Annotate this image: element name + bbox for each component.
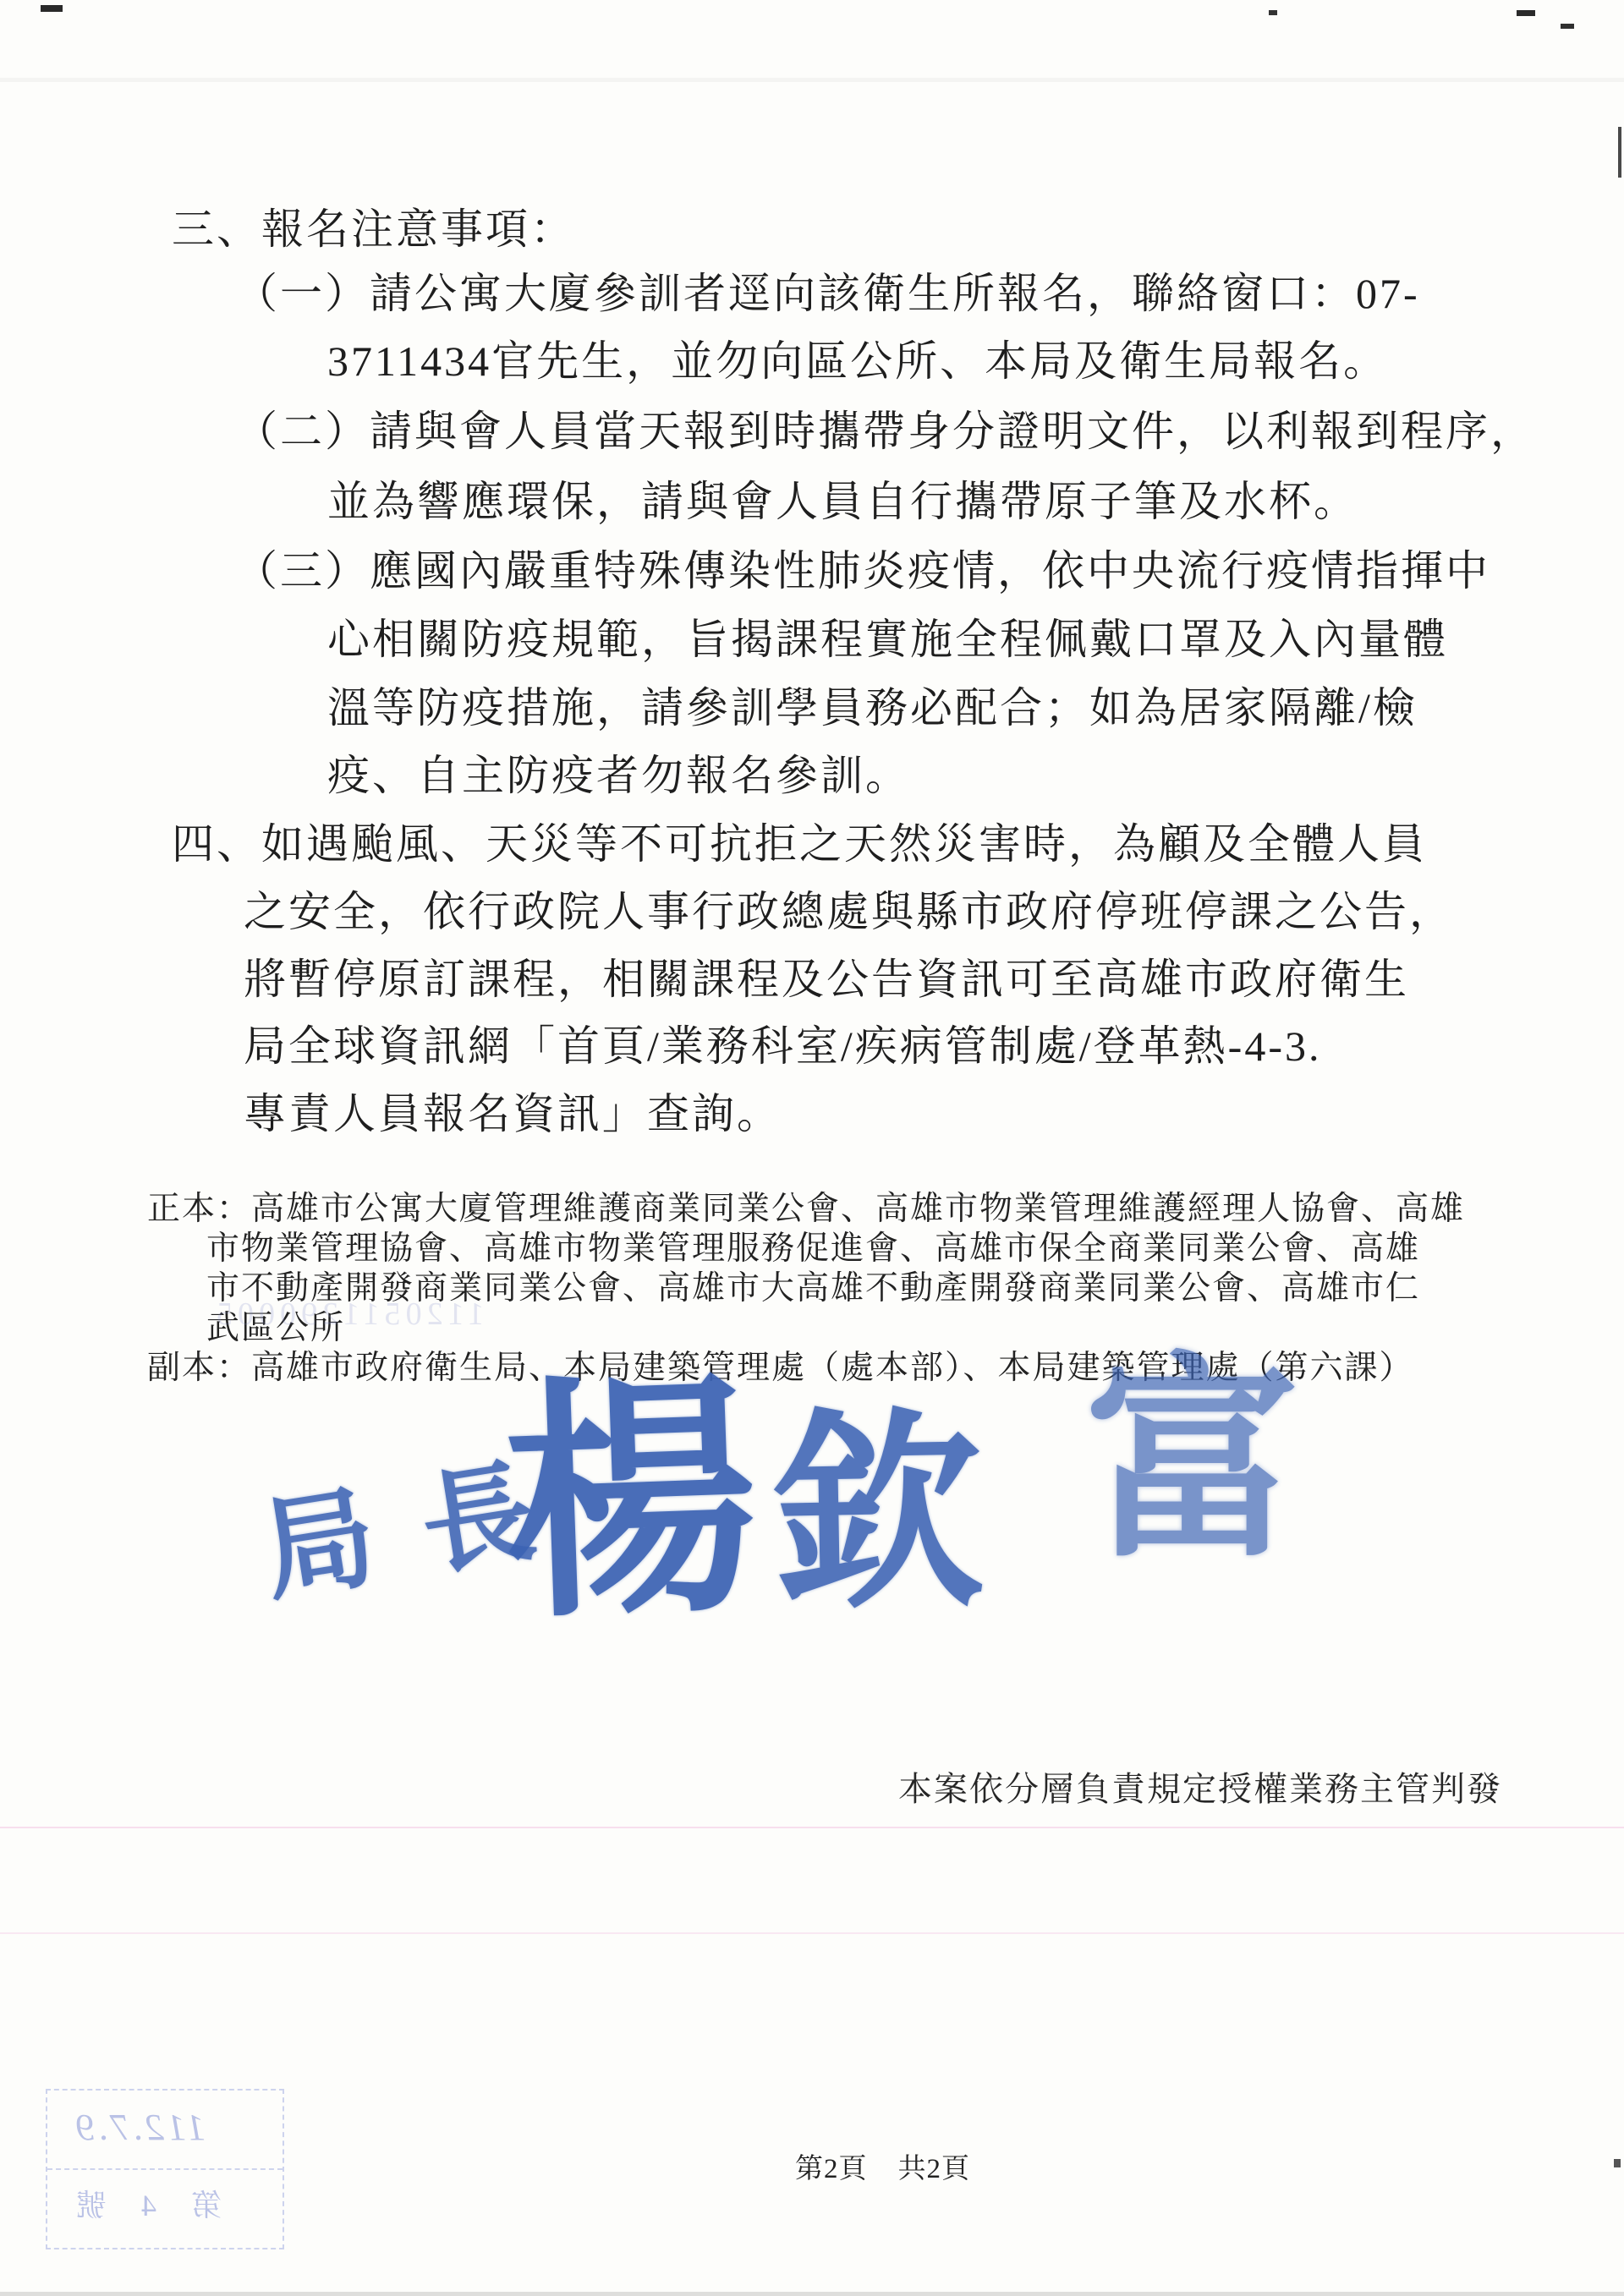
stamp-name-char1: 楊: [500, 1373, 762, 1635]
scan-streak: [0, 78, 1624, 82]
scanned-document-page: 三、報名注意事項： （一）請公寓大廈參訓者逕向該衛生所報名，聯絡窗口：07- 3…: [0, 0, 1624, 2296]
item3-line1: （三）應國內嚴重特殊傳染性肺炎疫情，依中央流行疫情指揮中: [235, 550, 1490, 592]
bleedthrough-stamp-divider: [47, 2168, 283, 2170]
recipients-original-line1: 正本：高雄市公寓大廈管理維護商業同業公會、高雄市物業管理維護經理人協會、高雄: [147, 1192, 1465, 1225]
stamp-name-char3: 富: [1084, 1356, 1300, 1572]
scan-bottom-edge: [0, 2292, 1624, 2296]
item2-line1: （二）請與會人員當天報到時攜帶身分證明文件，以利報到程序，: [235, 410, 1535, 452]
bleedthrough-date: 112.7.9: [73, 2109, 206, 2146]
page-footer: 第2頁共2頁: [795, 2156, 970, 2184]
bleedthrough-ghost-digits: 1120511290005: [211, 1298, 484, 1330]
bleedthrough-stamp-box: 112.7.9 第 4 號: [46, 2089, 284, 2249]
scan-speck: [1614, 2159, 1621, 2167]
recipients-copy-line: 副本：高雄市政府衛生局、本局建築管理處（處本部）、本局建築管理處（第六課）: [147, 1351, 1414, 1384]
scan-pink-line: [0, 1932, 1624, 1934]
item3-line2: 心相關防疫規範，旨揭課程實施全程佩戴口罩及入內量體: [327, 618, 1448, 660]
stamp-title: 局長: [255, 1449, 590, 1609]
item1-line1: （一）請公寓大廈參訓者逕向該衛生所報名，聯絡窗口：07-: [235, 272, 1420, 315]
recipients-original-line2: 市物業管理協會、高雄市物業管理服務促進會、高雄市保全商業同業公會、高雄: [206, 1232, 1420, 1265]
item2-line2: 並為響應環保，請與會人員自行攜帶原子筆及水杯。: [327, 480, 1358, 523]
item3-line4: 疫、自主防疫者勿報名參訓。: [327, 754, 910, 797]
section4-line3: 將暫停原訂課程，相關課程及公告資訊可至高雄市政府衛生: [244, 958, 1409, 1000]
section3-heading: 三、報名注意事項：: [172, 208, 575, 250]
section4-line2: 之安全，依行政院人事行政總處與縣市政府停班停課之公告，: [244, 890, 1454, 933]
item1-line2: 3711434官先生，並勿向區公所、本局及衛生局報名。: [327, 340, 1388, 382]
section4-line5: 專責人員報名資訊」查詢。: [244, 1093, 782, 1135]
page-total: 共2頁: [898, 2154, 971, 2184]
scan-speck: [1269, 10, 1277, 15]
item3-line3: 溫等防疫措施，請參訓學員務必配合；如為居家隔離/檢: [327, 687, 1418, 729]
scan-speck: [1517, 10, 1535, 16]
scan-speck: [1618, 127, 1621, 178]
section4-line1: 四、如遇颱風、天災等不可抗拒之天然災害時，為顧及全體人員: [172, 823, 1427, 865]
scan-speck: [41, 5, 63, 12]
stamp-name-char2: 欽: [770, 1409, 985, 1624]
bleedthrough-number: 第 4 號: [63, 2190, 222, 2221]
page-current: 第2頁: [795, 2154, 868, 2184]
section4-line4: 局全球資訊網「首頁/業務科室/疾病管制處/登革熱-4-3.: [244, 1025, 1321, 1067]
scan-pink-line: [0, 1827, 1624, 1828]
authorization-note: 本案依分層負責規定授權業務主管判發: [898, 1773, 1502, 1806]
scan-speck: [1561, 24, 1574, 29]
